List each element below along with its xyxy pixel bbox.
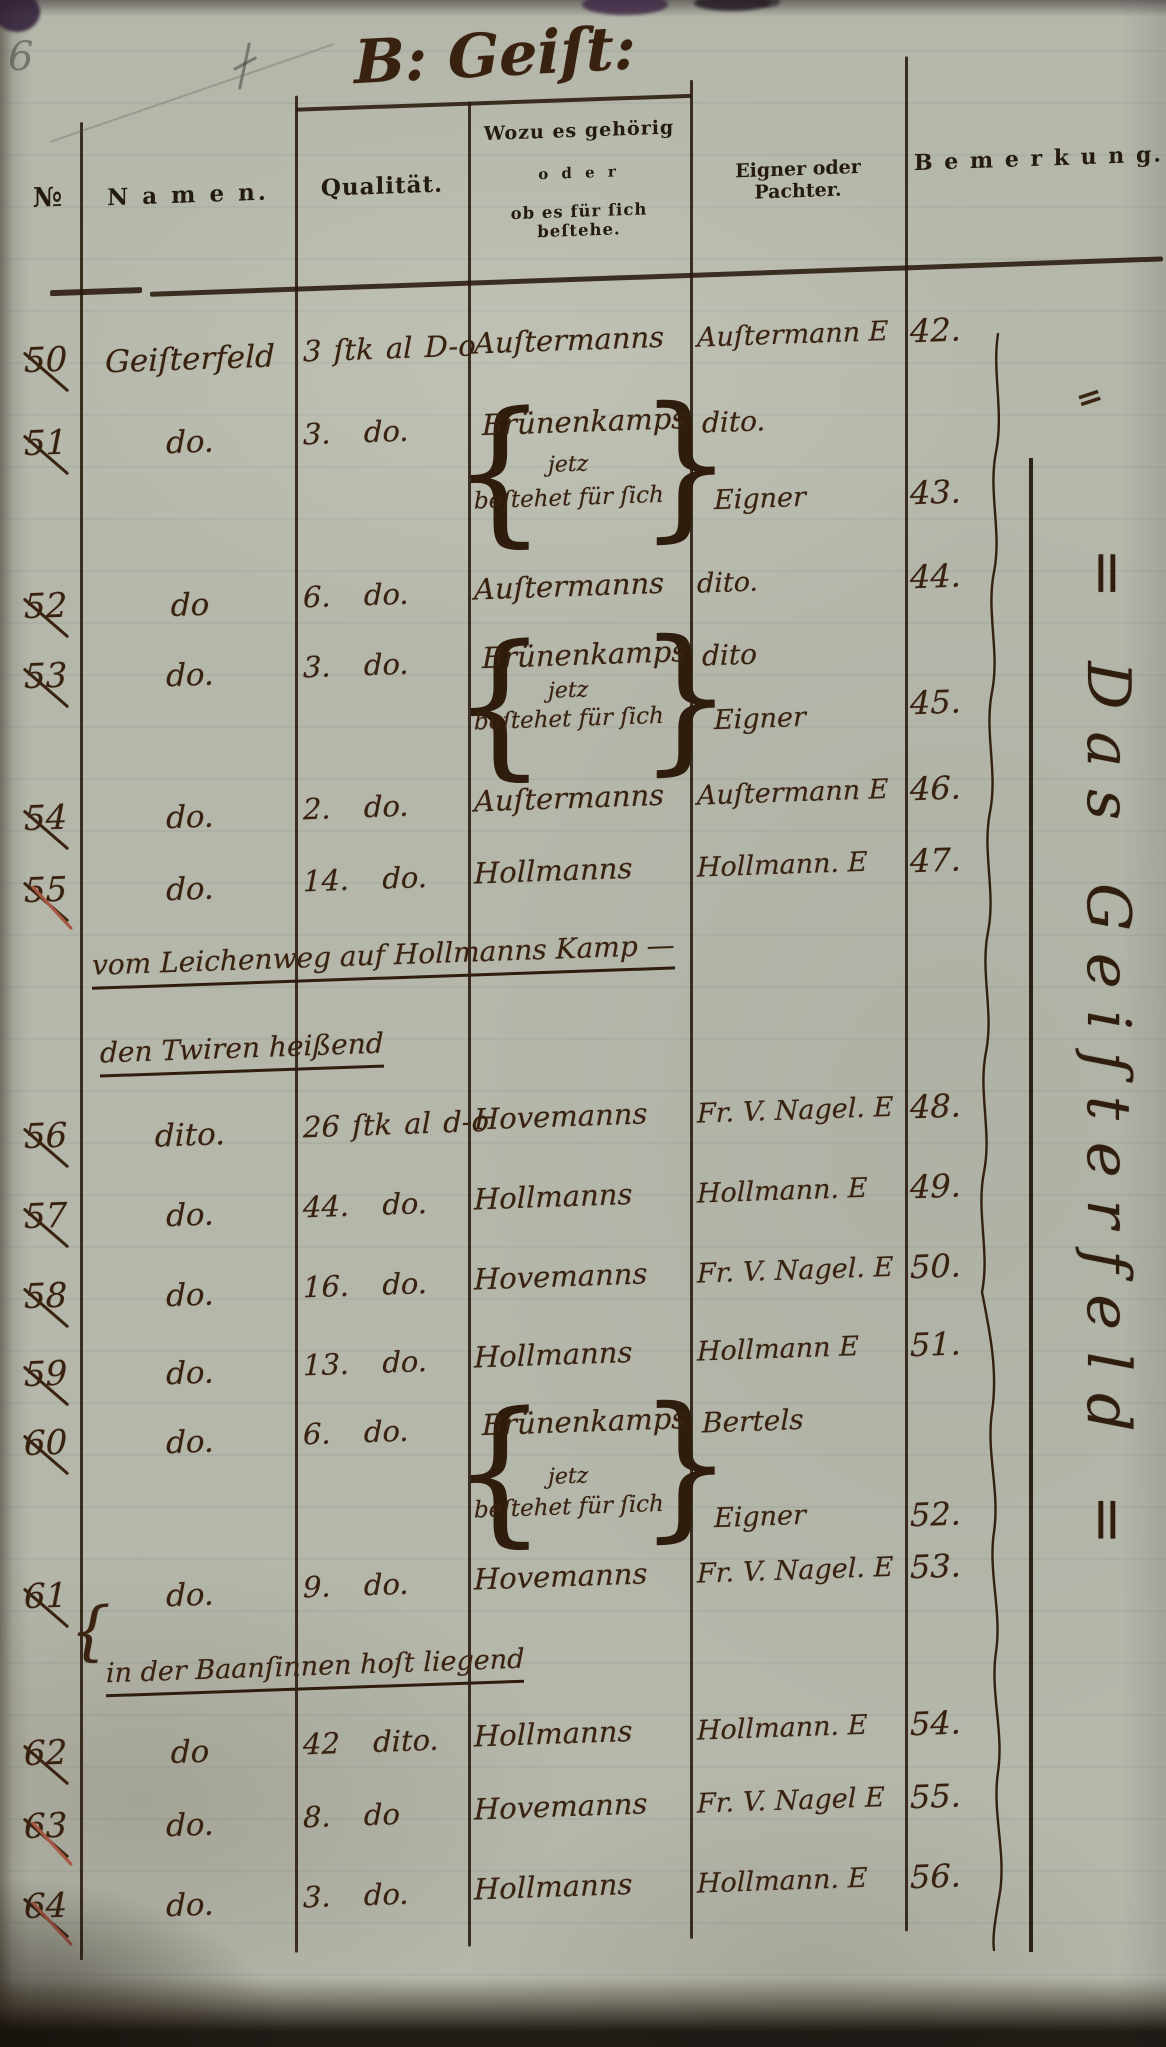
margin-vertical-note: = Das Geiſterfeld = — [1023, 548, 1143, 1708]
wavy-line — [0, 0, 1166, 2047]
bottom-edge-shadow — [0, 1978, 1166, 2047]
scanned-register-page: B: Geiſt: № N a m e n. Qualität. Wozu es… — [0, 0, 1166, 2047]
pencil-page-number: 6 — [8, 34, 33, 80]
